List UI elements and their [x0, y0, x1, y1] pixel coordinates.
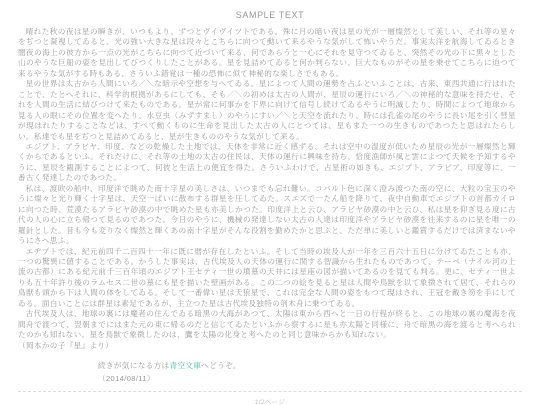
divider	[18, 391, 522, 392]
article-paragraph: 私は、渡欧の船中、印度洋で眺めた南十字星の美しさは、いつまでも忘れ難い。コバルト…	[18, 184, 516, 247]
page-indicator: 1/2ページ	[0, 397, 540, 405]
article-paragraph: エジプト、アラビヤ、印度、などの乾燥した土地では、天体を非常に近く感ずる、それは…	[18, 142, 516, 184]
article-body: 晴れた秋の夜は星の瞬きが、いつもより、ずつとヴイヴイツトである。殊に月の暗い夜は…	[18, 27, 516, 351]
aozora-bunko-link[interactable]: 青空文庫	[170, 361, 202, 370]
page-title: SAMPLE TEXT	[0, 10, 540, 20]
post-date: （2014/08/11）	[98, 372, 516, 385]
document-page: SAMPLE TEXT 晴れた秋の夜は星の瞬きが、いつもより、ずつとヴイヴイツト…	[0, 0, 540, 405]
footer-note-suffix: へどうぞ。	[201, 361, 241, 370]
article-paragraph: 古代埃及人は、地球の裏には魔者の住んでゐる暗黒の大海があつて、太陽は東から西へと…	[18, 309, 516, 340]
continue-reading-line: 続きが気になる方は青空文庫へどうぞ。	[98, 359, 516, 372]
attribution: （岡本かの子『星』より）	[18, 341, 516, 351]
article-paragraph: エヂプトでは、紀元前四千二百四十一年に既に暦が存在したといふ。そして当時の埃及人…	[18, 247, 516, 310]
footer-note-prefix: 続きが気になる方は	[98, 361, 170, 370]
article-paragraph: 星の世界は太古から人間にいろ／＼な暗示や空想を与へてゐる。星によつて人間の運勢を…	[18, 79, 516, 142]
article-paragraph: 晴れた秋の夜は星の瞬きが、いつもより、ずつとヴイヴイツトである。殊に月の暗い夜は…	[18, 27, 516, 79]
footer-note: 続きが気になる方は青空文庫へどうぞ。 （2014/08/11）	[98, 359, 516, 385]
